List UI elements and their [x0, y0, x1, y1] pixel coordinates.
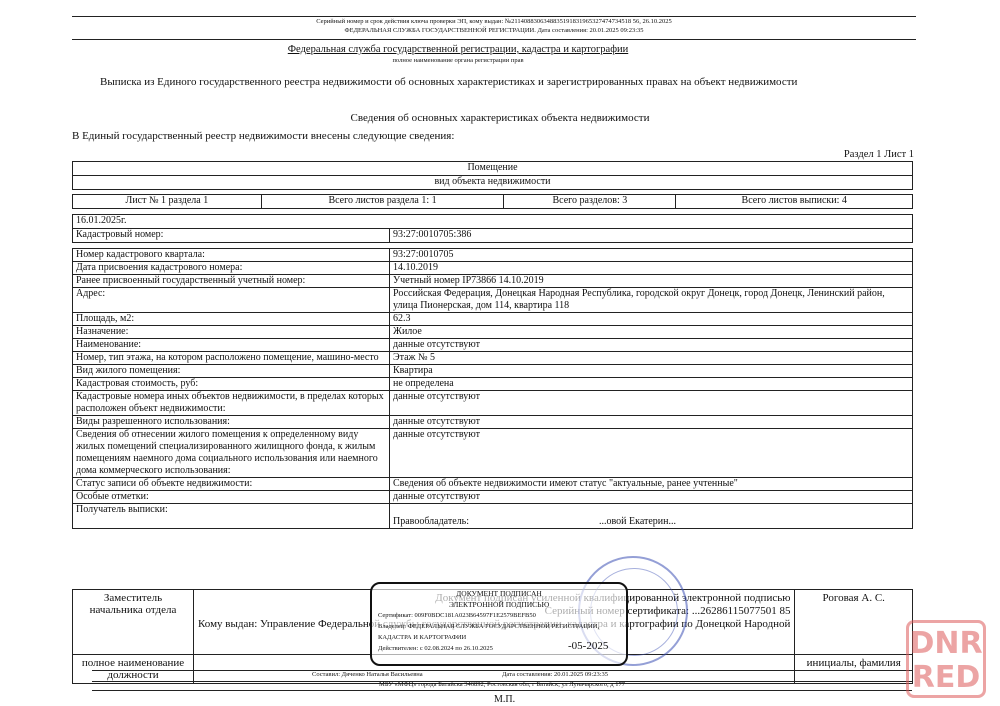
table-row: Дата присвоения кадастрового номера:14.1…: [73, 262, 913, 275]
owner-name: ...овой Екатерин...: [599, 516, 676, 527]
cert-line: Серийный номер и срок действия ключа про…: [72, 17, 916, 26]
row-label: Сведения об отнесении жилого помещения к…: [73, 429, 390, 478]
object-type-table: Помещение вид объекта недвижимости: [72, 161, 913, 190]
office-address: МБУ «МФЦ» города Батайска 346892, Ростов…: [379, 681, 625, 688]
extract-date: 16.01.2025г.: [73, 215, 913, 229]
row-value: данные отсутствуют: [390, 339, 913, 352]
sheets-in-section: Всего листов раздела 1: 1: [261, 195, 504, 209]
row-label: Наименование:: [73, 339, 390, 352]
table-row: Особые отметки:данные отсутствуют: [73, 491, 913, 504]
e-signature-stamp: ДОКУМЕНТ ПОДПИСАН ЭЛЕКТРОННОЙ ПОДПИСЬЮ С…: [370, 582, 628, 666]
row-value: Правообладатель:...овой Екатерин...: [390, 504, 913, 529]
row-value: данные отсутствуют: [390, 391, 913, 416]
table-row: Сведения об отнесении жилого помещения к…: [73, 429, 913, 478]
office-row: МБУ «МФЦ» города Батайска 346892, Ростов…: [92, 681, 912, 691]
row-value: не определена: [390, 378, 913, 391]
agency-caption: полное наименование органа регистрации п…: [0, 57, 916, 64]
row-value: данные отсутствуют: [390, 416, 913, 429]
row-value: 14.10.2019: [390, 262, 913, 275]
row-label: Особые отметки:: [73, 491, 390, 504]
row-value: Сведения об объекте недвижимости имеют с…: [390, 478, 913, 491]
table-row: Виды разрешенного использования:данные о…: [73, 416, 913, 429]
signer-position: Заместитель начальника отдела: [73, 590, 194, 655]
sheet-number: Лист № 1 раздела 1: [73, 195, 262, 209]
object-type-caption: вид объекта недвижимости: [73, 176, 913, 190]
table-row: Номер кадастрового квартала:93:27:001070…: [73, 249, 913, 262]
stamp-subtitle: ЭЛЕКТРОННОЙ ПОДПИСЬЮ: [378, 599, 620, 610]
table-row: Вид жилого помещения:Квартира: [73, 365, 913, 378]
stamp-place-label: М.П.: [494, 694, 515, 705]
row-label: Вид жилого помещения:: [73, 365, 390, 378]
row-value: 93:27:0010705: [390, 249, 913, 262]
table-row: Статус записи об объекте недвижимости:Св…: [73, 478, 913, 491]
characteristics-table: Номер кадастрового квартала:93:27:001070…: [72, 248, 913, 529]
cadastral-label: Кадастровый номер:: [73, 229, 390, 243]
total-sections: Всего разделов: 3: [504, 195, 676, 209]
table-row: Ранее присвоенный государственный учетны…: [73, 275, 913, 288]
cadastral-value: 93:27:0010705:386: [390, 229, 913, 243]
row-label: Дата присвоения кадастрового номера:: [73, 262, 390, 275]
signature-date-partial: -05-2025: [568, 640, 608, 652]
extract-title: Выписка из Единого государственного реес…: [100, 76, 797, 88]
table-row: Кадастровая стоимость, руб:не определена: [73, 378, 913, 391]
watermark-logo: DNR RED: [906, 620, 986, 698]
table-row: Кадастровые номера иных объектов недвижи…: [73, 391, 913, 416]
table-row: Номер, тип этажа, на котором расположено…: [73, 352, 913, 365]
table-row: Площадь, м2:62.3: [73, 313, 913, 326]
row-value: Жилое: [390, 326, 913, 339]
watermark-line2: RED: [909, 661, 983, 695]
row-label: Площадь, м2:: [73, 313, 390, 326]
row-label: Номер кадастрового квартала:: [73, 249, 390, 262]
stamp-certificate: Сертификат: 009F0BDC181A023B64597F1E2579…: [378, 610, 620, 621]
issuer-line: ФЕДЕРАЛЬНАЯ СЛУЖБА ГОСУДАРСТВЕННОЙ РЕГИС…: [72, 26, 916, 35]
row-value: данные отсутствуют: [390, 429, 913, 478]
owner-label: Правообладатель:: [393, 516, 469, 527]
table-row: Получатель выписки:Правообладатель:...ов…: [73, 504, 913, 529]
row-value: 62.3: [390, 313, 913, 326]
signature-key-header: Серийный номер и срок действия ключа про…: [72, 16, 916, 40]
row-value: Квартира: [390, 365, 913, 378]
row-label: Кадастровые номера иных объектов недвижи…: [73, 391, 390, 416]
row-label: Получатель выписки:: [73, 504, 390, 529]
table-row: Назначение:Жилое: [73, 326, 913, 339]
object-type: Помещение: [73, 162, 913, 176]
row-label: Кадастровая стоимость, руб:: [73, 378, 390, 391]
intro-text: В Единый государственный реестр недвижим…: [72, 130, 454, 142]
agency-name: Федеральная служба государственной регис…: [0, 44, 916, 55]
row-value: Учетный номер IP73866 14.10.2019: [390, 275, 913, 288]
row-label: Статус записи об объекте недвижимости:: [73, 478, 390, 491]
date-cadastral-table: 16.01.2025г. Кадастровый номер: 93:27:00…: [72, 214, 913, 243]
compiled-by: Составил: Дяченко Наталья Васильевна: [312, 671, 423, 678]
watermark-line1: DNR: [909, 627, 983, 661]
row-label: Номер, тип этажа, на котором расположено…: [73, 352, 390, 365]
table-row: Наименование:данные отсутствуют: [73, 339, 913, 352]
row-value: Российская Федерация, Донецкая Народная …: [390, 288, 913, 313]
signer-name: Роговая А. С.: [795, 590, 913, 655]
sheets-table: Лист № 1 раздела 1 Всего листов раздела …: [72, 194, 913, 209]
row-value: данные отсутствуют: [390, 491, 913, 504]
row-label: Виды разрешенного использования:: [73, 416, 390, 429]
section-title: Сведения об основных характеристиках объ…: [0, 112, 1000, 124]
table-row: Адрес:Российская Федерация, Донецкая Нар…: [73, 288, 913, 313]
row-label: Назначение:: [73, 326, 390, 339]
section-sheet-label: Раздел 1 Лист 1: [844, 149, 914, 160]
stamp-title: ДОКУМЕНТ ПОДПИСАН: [378, 588, 620, 599]
total-sheets: Всего листов выписки: 4: [676, 195, 913, 209]
row-label: Ранее присвоенный государственный учетны…: [73, 275, 390, 288]
compiled-date: Дата составления: 20.01.2025 09:23:35: [502, 671, 608, 678]
row-label: Адрес:: [73, 288, 390, 313]
row-value: Этаж № 5: [390, 352, 913, 365]
